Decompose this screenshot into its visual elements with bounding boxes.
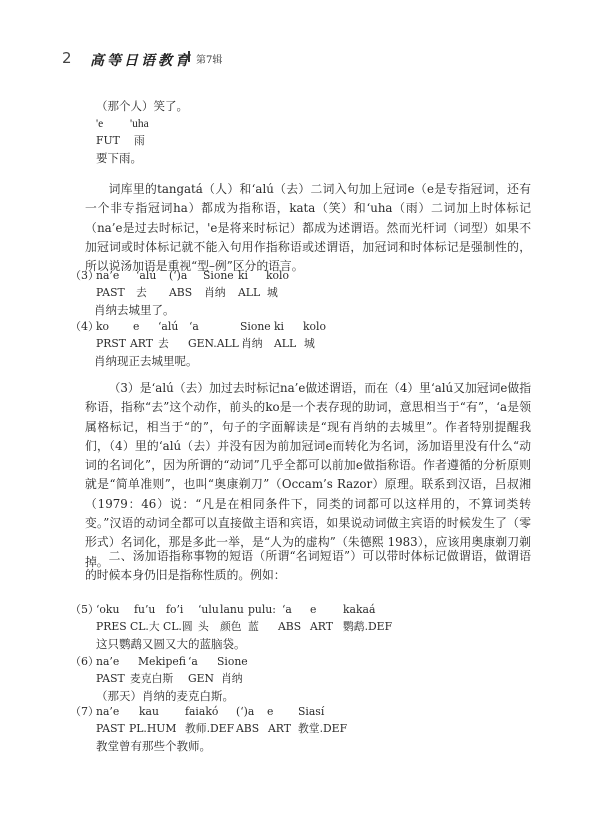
word: na’e [96, 655, 119, 669]
gloss: 教堂.DEF [298, 722, 347, 736]
example-5-translation: 这只鹦鹉又圆又大的蓝脑袋。 [96, 637, 246, 651]
gloss: 肖纳 [221, 672, 243, 686]
word: ki [238, 269, 248, 283]
word: ‘alú [158, 320, 178, 334]
gloss: PRST [96, 337, 126, 351]
word: kolo [266, 269, 289, 283]
word: e [267, 705, 273, 719]
gloss: PAST [96, 672, 125, 686]
word: kakaá [343, 603, 375, 617]
example-3-translation: 肖纳去城里了。 [94, 303, 175, 317]
word: ki [274, 320, 284, 334]
gloss: ART [310, 620, 333, 634]
header-divider [188, 51, 190, 62]
word: (‘)a [236, 705, 254, 719]
word: ‘alú [136, 269, 156, 283]
gloss: PAST [96, 286, 125, 300]
gloss: 头 [198, 620, 209, 634]
gloss: ABS [278, 620, 301, 634]
example-7-translation: 教堂曾有那些个教师。 [96, 739, 211, 753]
gloss: ABS [169, 286, 192, 300]
word: ko [96, 320, 109, 334]
word: ‘oku [96, 603, 119, 617]
word: fo’i [166, 603, 183, 617]
intro-translation: 要下雨。 [96, 151, 142, 165]
word: 'uha [130, 117, 149, 131]
gloss: 蓝 [248, 620, 259, 634]
gloss: PL.HUM [129, 722, 176, 736]
word: Siasí [298, 705, 324, 719]
paragraph-2: （3）是‘alú（去）加过去时标记na’e做述谓语，而在（4）里‘alú又加冠词… [85, 379, 531, 572]
gloss: 去 [158, 337, 169, 351]
word: pulu: [248, 603, 276, 617]
example-number: （6） [70, 655, 99, 669]
gloss: ABS [236, 722, 259, 736]
word: kolo [303, 320, 326, 334]
gloss: 麦克白斯 [130, 672, 173, 686]
word: Sione [203, 269, 234, 283]
gloss: ALL [238, 286, 260, 300]
gloss: 肖纳 [204, 286, 226, 300]
gloss: PRES [96, 620, 127, 634]
example-number: （4） [70, 320, 99, 334]
journal-title: 高等日语教育 [90, 50, 192, 70]
example-number: （3） [70, 269, 99, 283]
word: fu’u [134, 603, 155, 617]
word: Sione [217, 655, 248, 669]
paragraph-3: 二、汤加语指称事物的短语（所谓“名词短语”）可以带时体标记做谓语，做谓语的时候本… [85, 547, 531, 586]
example-number: （7） [70, 705, 99, 719]
word: ‘a [188, 655, 198, 669]
example-4-translation: 肖纳现正去城里呢。 [94, 354, 198, 368]
paragraph-text: 词库里的tangatá（人）和‘alú（去）二词入句加上冠词e（e是专指冠词，还… [85, 180, 531, 276]
word: e [133, 320, 139, 334]
gloss: FUT [96, 134, 120, 148]
word: e [310, 603, 316, 617]
gloss: ART [130, 337, 153, 351]
word: na’e [96, 705, 119, 719]
gloss: 雨 [134, 134, 145, 148]
gloss: 鹦鹉.DEF [343, 620, 392, 634]
word: lanu [220, 603, 244, 617]
gloss: ALL [274, 337, 296, 351]
word: kau [139, 705, 159, 719]
gloss: 颜色 [220, 620, 242, 634]
word: ‘a [189, 320, 199, 334]
gloss: 教师.DEF [185, 722, 234, 736]
word: Sione [240, 320, 271, 334]
page-number: 2 [62, 49, 72, 67]
example-number: （5） [70, 603, 99, 617]
journal-volume: 第7辑 [196, 51, 222, 66]
gloss: 肖纳 [241, 337, 263, 351]
gloss: ART [268, 722, 291, 736]
gloss: GEN [188, 672, 214, 686]
gloss: CL.大 [130, 620, 160, 634]
paragraph-text: 二、汤加语指称事物的短语（所谓“名词短语”）可以带时体标记做谓语，做谓语的时候本… [85, 547, 531, 586]
gloss: 去 [136, 286, 147, 300]
intro-prev-translation: （那个人）笑了。 [96, 99, 188, 113]
gloss: GEN.ALL [188, 337, 239, 351]
word: 'e [96, 117, 103, 131]
word: Mekipefi [138, 655, 186, 669]
word: ‘ulu [198, 603, 219, 617]
paragraph-1: 词库里的tangatá（人）和‘alú（去）二词入句加上冠词e（e是专指冠词，还… [85, 180, 531, 276]
word: ‘a [282, 603, 292, 617]
gloss: PAST [96, 722, 125, 736]
word: faiakó [185, 705, 218, 719]
word: na’e [96, 269, 119, 283]
word: (‘)a [169, 269, 187, 283]
gloss: CL.圆 [163, 620, 193, 634]
gloss: 城 [267, 286, 278, 300]
example-6-translation: （那天）肖纳的麦克白斯。 [96, 689, 234, 703]
gloss: 城 [304, 337, 315, 351]
paragraph-text: （3）是‘alú（去）加过去时标记na’e做述谓语，而在（4）里‘alú又加冠词… [85, 379, 531, 572]
